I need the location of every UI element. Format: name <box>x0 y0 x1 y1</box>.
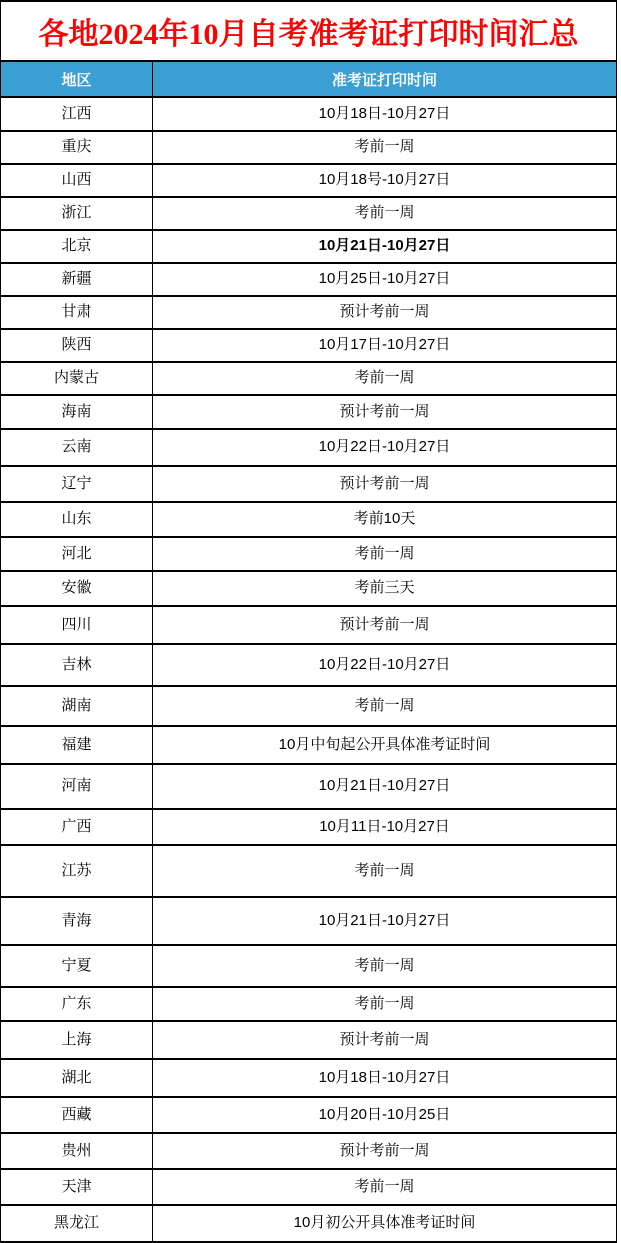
table-row: 贵州预计考前一周 <box>1 1134 616 1170</box>
region-cell: 西藏 <box>1 1098 153 1132</box>
table-row: 上海预计考前一周 <box>1 1022 616 1060</box>
print-time-cell: 考前一周 <box>153 363 616 394</box>
print-time-cell: 10月18日-10月27日 <box>153 1060 616 1096</box>
region-cell: 青海 <box>1 898 153 944</box>
table-row: 广东考前一周 <box>1 988 616 1022</box>
print-time-cell: 考前一周 <box>153 198 616 229</box>
print-time-cell: 10月11日-10月27日 <box>153 810 616 844</box>
region-cell: 江苏 <box>1 846 153 896</box>
table-row: 新疆10月25日-10月27日 <box>1 264 616 297</box>
table-row: 湖北10月18日-10月27日 <box>1 1060 616 1098</box>
table-row: 陕西10月17日-10月27日 <box>1 330 616 363</box>
print-time-cell: 预计考前一周 <box>153 396 616 428</box>
print-time-cell: 10月18号-10月27日 <box>153 165 616 196</box>
print-time-cell: 考前一周 <box>153 1170 616 1204</box>
table-row: 云南10月22日-10月27日 <box>1 430 616 467</box>
table-header-row: 地区 准考证打印时间 <box>1 62 616 98</box>
table-row: 江苏考前一周 <box>1 846 616 898</box>
region-cell: 福建 <box>1 727 153 763</box>
region-cell: 云南 <box>1 430 153 465</box>
region-cell: 河南 <box>1 765 153 808</box>
print-time-cell: 考前一周 <box>153 846 616 896</box>
region-cell: 江西 <box>1 98 153 130</box>
region-cell: 北京 <box>1 231 153 262</box>
region-cell: 新疆 <box>1 264 153 295</box>
region-cell: 湖北 <box>1 1060 153 1096</box>
region-cell: 天津 <box>1 1170 153 1204</box>
column-header-print-time: 准考证打印时间 <box>153 62 616 96</box>
admission-ticket-print-schedule-poster: 各地2024年10月自考准考证打印时间汇总 地区 准考证打印时间 江西10月18… <box>0 0 617 1243</box>
table-row: 浙江考前一周 <box>1 198 616 231</box>
region-cell: 河北 <box>1 538 153 570</box>
region-cell: 海南 <box>1 396 153 428</box>
table-row: 甘肃预计考前一周 <box>1 297 616 330</box>
poster-title-row: 各地2024年10月自考准考证打印时间汇总 <box>1 2 616 62</box>
region-cell: 吉林 <box>1 645 153 685</box>
page-title: 各地2024年10月自考准考证打印时间汇总 <box>39 9 579 53</box>
region-cell: 贵州 <box>1 1134 153 1168</box>
column-header-region: 地区 <box>1 62 153 96</box>
table-row: 天津考前一周 <box>1 1170 616 1206</box>
table-row: 辽宁预计考前一周 <box>1 467 616 503</box>
print-time-cell: 预计考前一周 <box>153 1134 616 1168</box>
print-time-cell: 考前三天 <box>153 572 616 605</box>
region-cell: 湖南 <box>1 687 153 725</box>
region-cell: 甘肃 <box>1 297 153 328</box>
print-time-cell: 10月18日-10月27日 <box>153 98 616 130</box>
print-time-cell: 10月17日-10月27日 <box>153 330 616 361</box>
print-time-cell: 10月21日-10月27日 <box>153 231 616 262</box>
region-cell: 山西 <box>1 165 153 196</box>
print-time-cell: 考前一周 <box>153 687 616 725</box>
print-time-cell: 预计考前一周 <box>153 1022 616 1058</box>
region-cell: 安徽 <box>1 572 153 605</box>
region-cell: 浙江 <box>1 198 153 229</box>
print-time-cell: 10月22日-10月27日 <box>153 645 616 685</box>
table-body: 江西10月18日-10月27日重庆考前一周山西10月18号-10月27日浙江考前… <box>1 98 616 1243</box>
print-time-cell: 10月22日-10月27日 <box>153 430 616 465</box>
region-cell: 上海 <box>1 1022 153 1058</box>
print-time-cell: 预计考前一周 <box>153 607 616 643</box>
print-time-cell: 预计考前一周 <box>153 297 616 328</box>
region-cell: 陕西 <box>1 330 153 361</box>
print-time-cell: 考前一周 <box>153 538 616 570</box>
print-time-cell: 考前一周 <box>153 946 616 986</box>
table-row: 湖南考前一周 <box>1 687 616 727</box>
table-row: 海南预计考前一周 <box>1 396 616 430</box>
region-cell: 内蒙古 <box>1 363 153 394</box>
table-row: 内蒙古考前一周 <box>1 363 616 396</box>
table-row: 河北考前一周 <box>1 538 616 572</box>
table-row: 青海10月21日-10月27日 <box>1 898 616 946</box>
table-row: 山东考前10天 <box>1 503 616 538</box>
print-time-cell: 考前一周 <box>153 988 616 1020</box>
region-cell: 四川 <box>1 607 153 643</box>
print-time-cell: 10月初公开具体准考证时间 <box>153 1206 616 1241</box>
print-time-cell: 10月25日-10月27日 <box>153 264 616 295</box>
table-row: 黑龙江10月初公开具体准考证时间 <box>1 1206 616 1243</box>
table-row: 广西10月11日-10月27日 <box>1 810 616 846</box>
print-time-cell: 预计考前一周 <box>153 467 616 501</box>
print-time-cell: 10月中旬起公开具体准考证时间 <box>153 727 616 763</box>
table-row: 四川预计考前一周 <box>1 607 616 645</box>
table-row: 西藏10月20日-10月25日 <box>1 1098 616 1134</box>
table-row: 江西10月18日-10月27日 <box>1 98 616 132</box>
table-row: 福建10月中旬起公开具体准考证时间 <box>1 727 616 765</box>
region-cell: 广东 <box>1 988 153 1020</box>
print-time-cell: 考前10天 <box>153 503 616 536</box>
region-cell: 宁夏 <box>1 946 153 986</box>
region-cell: 广西 <box>1 810 153 844</box>
table-row: 山西10月18号-10月27日 <box>1 165 616 198</box>
region-cell: 黑龙江 <box>1 1206 153 1241</box>
region-cell: 辽宁 <box>1 467 153 501</box>
print-time-cell: 考前一周 <box>153 132 616 163</box>
table-row: 河南10月21日-10月27日 <box>1 765 616 810</box>
table-row: 重庆考前一周 <box>1 132 616 165</box>
region-cell: 山东 <box>1 503 153 536</box>
table-row: 吉林10月22日-10月27日 <box>1 645 616 687</box>
table-row: 安徽考前三天 <box>1 572 616 607</box>
table-row: 宁夏考前一周 <box>1 946 616 988</box>
region-cell: 重庆 <box>1 132 153 163</box>
table-row: 北京10月21日-10月27日 <box>1 231 616 264</box>
print-time-cell: 10月21日-10月27日 <box>153 898 616 944</box>
print-time-cell: 10月20日-10月25日 <box>153 1098 616 1132</box>
print-time-cell: 10月21日-10月27日 <box>153 765 616 808</box>
